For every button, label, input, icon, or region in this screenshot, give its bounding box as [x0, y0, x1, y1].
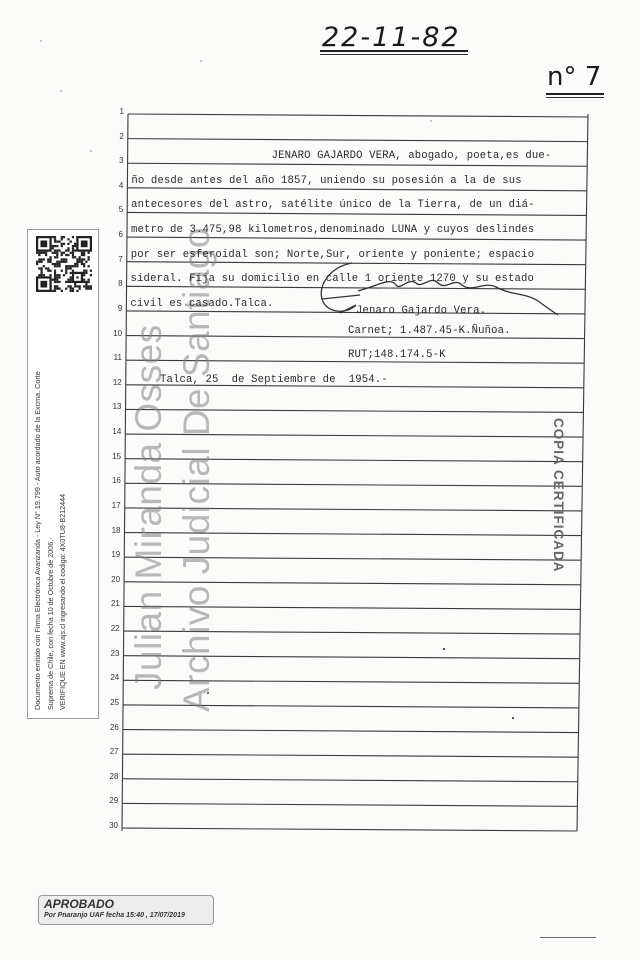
certified-copy-label: COPIA CERTIFICADA: [551, 418, 566, 573]
line-number: 3: [102, 156, 124, 165]
line-number: 18: [98, 526, 120, 535]
bottom-mark: [540, 937, 596, 938]
line-number: 2: [102, 132, 124, 141]
line-number: 9: [100, 304, 122, 313]
signature-rut: RUT;148.174.5-K: [348, 349, 446, 361]
line-number: 22: [98, 624, 120, 633]
typed-line: civil es casado.Talca.: [130, 298, 273, 310]
typed-line: ño desde antes del año 1857, uniendo su …: [131, 175, 521, 187]
line-number: 24: [97, 673, 119, 682]
line-number: 6: [101, 230, 123, 239]
certificate-line: Documento emitido con Firma Electrónica …: [32, 371, 45, 710]
line-number: 10: [100, 329, 122, 338]
line-number: 25: [97, 698, 119, 707]
signature-scribble-icon: [300, 255, 590, 325]
line-number: 7: [101, 255, 123, 264]
certificate-line: Suprema de Chile, con fecha 10 de Octubr…: [45, 371, 58, 710]
line-number: 29: [96, 796, 118, 805]
line-number: 19: [98, 550, 120, 559]
certificate-line: VERIFIQUE EN www.ajs.cl ingresando el co…: [57, 371, 70, 710]
place-date: Talca, 25 de Septiembre de 1954.-: [160, 374, 388, 386]
line-number: 1: [102, 107, 124, 116]
line-number: 23: [97, 649, 119, 658]
line-number: 14: [99, 427, 121, 436]
line-number: 8: [101, 279, 123, 288]
line-number: 4: [101, 181, 123, 190]
line-number: 5: [101, 205, 123, 214]
typed-line: antecesores del astro, satélite único de…: [131, 199, 534, 211]
approval-subtitle: Por Pnaranjo UAF fecha 15:40 , 17/07/201…: [44, 912, 185, 919]
line-number: 16: [99, 476, 121, 485]
line-number: 26: [97, 723, 119, 732]
signature-carnet: Carnet; 1.487.45-K.Ñuñoa.: [348, 325, 511, 337]
line-number: 20: [98, 575, 120, 584]
line-number: 15: [99, 452, 121, 461]
approval-title: APROBADO: [44, 897, 114, 911]
line-number: 12: [100, 378, 122, 387]
line-number: 27: [97, 747, 119, 756]
qr-code-icon[interactable]: [36, 236, 92, 292]
certificate-text: Documento emitido con Firma Electrónica …: [32, 371, 70, 710]
typed-line: metro de 3.475,98 kilometros,denominado …: [131, 224, 534, 236]
line-number: 28: [96, 772, 118, 781]
line-number: 17: [99, 501, 121, 510]
line-number: 11: [100, 353, 122, 362]
line-number: 21: [98, 599, 120, 608]
typed-line: JENARO GAJARDO VERA, abogado, poeta,es d…: [272, 150, 552, 162]
line-number: 30: [96, 821, 118, 830]
line-number: 13: [100, 402, 122, 411]
approval-stamp: APROBADO Por Pnaranjo UAF fecha 15:40 , …: [38, 895, 214, 925]
